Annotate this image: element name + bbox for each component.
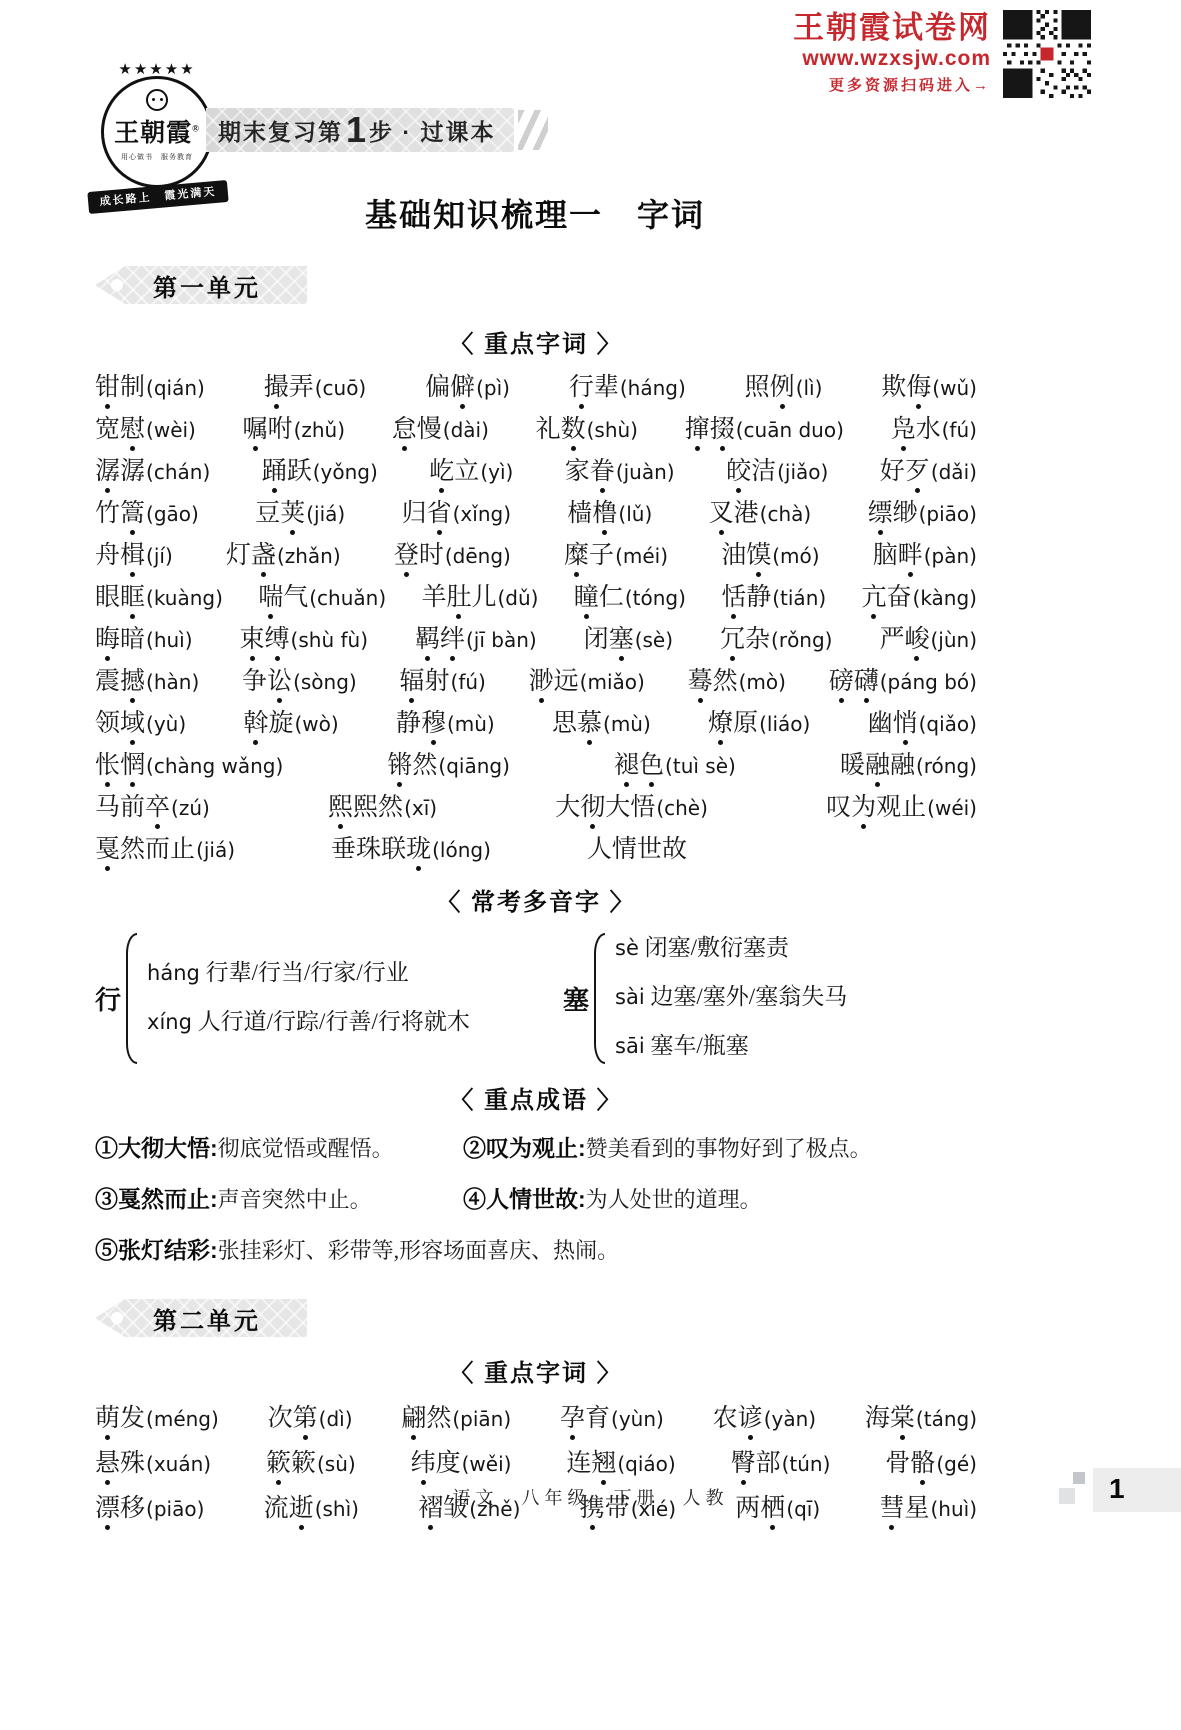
unit-2-tag: 第二单元 — [95, 1299, 307, 1337]
idiom-definition: 声音突然中止。 — [218, 1187, 372, 1212]
keyword-pinyin: (mò) — [739, 670, 786, 694]
keyword-pinyin: (fú) — [942, 418, 977, 442]
polyphonic-char: 塞 — [563, 980, 589, 1017]
reading-pinyin: xíng — [147, 1010, 192, 1034]
keyword-word: 欺侮 — [881, 374, 931, 401]
keyword-term: 喘气(chuǎn) — [258, 583, 386, 612]
keyword-pinyin: (chà) — [760, 502, 812, 526]
keyword-term: 骨骼(gé) — [885, 1449, 977, 1478]
keyword-word: 竹篙 — [95, 500, 145, 527]
keyword-word: 瞳仁 — [574, 584, 624, 611]
keyword-term: 眼眶(kuàng) — [95, 583, 223, 612]
polyphonic-reading: sài 边塞/塞外/塞翁失马 — [615, 982, 847, 1015]
keyword-word: 家眷 — [565, 458, 615, 485]
keyword-pinyin: (dài) — [443, 418, 489, 442]
reading-words: 闭塞/敷衍塞责 — [639, 935, 789, 960]
keyword-word: 登时 — [394, 542, 444, 569]
reading-pinyin: sài — [615, 985, 645, 1009]
keyword-pinyin: (méi) — [615, 544, 668, 568]
keyword-term: 渺远(miǎo) — [529, 667, 645, 696]
keyword-word: 恬静 — [721, 584, 771, 611]
idiom-item: ③戛然而止:声音突然中止。 — [95, 1184, 463, 1218]
keyword-term: 褪色(tuì sè) — [614, 751, 736, 780]
idiom-item: ①大彻大悟:彻底觉悟或醒悟。 — [95, 1133, 463, 1167]
keyword-term: 幽悄(qiǎo) — [868, 709, 977, 738]
keyword-term: 领域(yù) — [95, 709, 186, 738]
keyword-row: 怅惘(chàng wǎng)锵然(qiāng)褪色(tuì sè)暖融融(rón… — [95, 751, 977, 780]
keyword-pinyin: (shù fù) — [291, 628, 368, 652]
keyword-word: 束缚 — [240, 626, 290, 653]
keyword-word: 樯橹 — [567, 500, 617, 527]
keyword-term: 燎原(liáo) — [708, 709, 810, 738]
logo-subtext: 用心做书 服务教育 — [104, 152, 210, 162]
keyword-row: 舟楫(jí)灯盏(zhǎn)登时(dēng)糜子(méi)油馍(mó)脑畔(pà… — [95, 541, 977, 570]
keyword-term: 人情世故 — [587, 835, 687, 864]
keyword-pinyin: (dǔ) — [498, 586, 539, 610]
keyword-term: 暖融融(róng) — [840, 751, 977, 780]
keyword-pinyin: (juàn) — [616, 460, 675, 484]
keyword-pinyin: (lǔ) — [618, 502, 652, 526]
keyword-pinyin: (wǔ) — [932, 376, 977, 400]
keyword-word: 海棠 — [865, 1405, 915, 1432]
keyword-word: 叉港 — [709, 500, 759, 527]
keyword-term: 马前卒(zú) — [95, 793, 210, 822]
keyword-word: 潺潺 — [95, 458, 145, 485]
keyword-term: 怅惘(chàng wǎng) — [95, 751, 283, 780]
keyword-pinyin: (sè) — [635, 628, 673, 652]
keyword-row: 眼眶(kuàng)喘气(chuǎn)羊肚儿(dǔ)瞳仁(tóng)恬静(tián… — [95, 583, 977, 612]
keyword-word: 脑畔 — [873, 542, 923, 569]
keyword-word: 斡旋 — [243, 710, 293, 737]
keyword-term: 晦暗(huì) — [95, 625, 193, 654]
keyword-pinyin: (mó) — [772, 544, 819, 568]
keyword-word: 凫水 — [891, 416, 941, 443]
polyphonic-reading: háng 行辈/行当/行家/行业 — [147, 958, 470, 991]
keyword-term: 斡旋(wò) — [243, 709, 338, 738]
keyword-pinyin: (piāo) — [919, 502, 977, 526]
keyword-word: 簌簌 — [266, 1450, 316, 1477]
keyword-word: 渺远 — [529, 668, 579, 695]
content-column: 第一单元 〈 重点字词 〉 钳制(qián)撮弄(cuō)偏僻(pì)行辈(há… — [95, 258, 977, 1539]
keyword-word: 归省 — [402, 500, 452, 527]
keyword-term: 磅礴(páng bó) — [829, 667, 977, 696]
keyword-word: 萌发 — [95, 1405, 145, 1432]
keywords-heading-2: 〈 重点字词 〉 — [95, 1353, 977, 1388]
keyword-word: 人情世故 — [587, 836, 687, 863]
keyword-pinyin: (xī) — [404, 796, 437, 820]
idioms-list: ①大彻大悟:彻底觉悟或醒悟。②叹为观止:赞美看到的事物好到了极点。③戛然而止:声… — [95, 1133, 977, 1269]
keyword-pinyin: (chè) — [656, 796, 708, 820]
keyword-pinyin: (qián) — [146, 376, 205, 400]
keyword-term: 大彻大悟(chè) — [555, 793, 708, 822]
keyword-pinyin: (qiǎo) — [919, 712, 977, 736]
idiom-item: ④人情世故:为人处世的道理。 — [463, 1184, 977, 1218]
polyphonic-block: 行háng 行辈/行当/行家/行业xíng 人行道/行踪/行善/行将就木塞sè … — [95, 933, 977, 1064]
page-title: 基础知识梳理一 字词 — [95, 190, 975, 236]
keyword-pinyin: (fú) — [451, 670, 486, 694]
keyword-pinyin: (qiáo) — [617, 1452, 675, 1476]
keyword-pinyin: (chàng wǎng) — [146, 754, 283, 778]
keyword-word: 静穆 — [396, 710, 446, 737]
keyword-word: 屹立 — [429, 458, 479, 485]
polyphonic-readings: háng 行辈/行当/行家/行业xíng 人行道/行踪/行善/行将就木 — [147, 958, 470, 1040]
keyword-word: 喘气 — [258, 584, 308, 611]
idiom-item: ⑤张灯结彩:张挂彩灯、彩带等,形容场面喜庆、热闹。 — [95, 1235, 977, 1269]
footer-decor-square — [1059, 1488, 1075, 1504]
idiom-definition: 彻底觉悟或醒悟。 — [218, 1136, 394, 1161]
keyword-pinyin: (jiǎo) — [777, 460, 828, 484]
polyphonic-readings: sè 闭塞/敷衍塞责sài 边塞/塞外/塞翁失马sāi 塞车/瓶塞 — [615, 933, 847, 1064]
keyword-word: 悬殊 — [95, 1450, 145, 1477]
keyword-word: 戛然而止 — [95, 836, 195, 863]
keyword-pinyin: (tún) — [782, 1452, 831, 1476]
keyword-term: 照例(lì) — [745, 373, 823, 402]
keyword-term: 戛然而止(jiá) — [95, 835, 235, 864]
reading-words: 边塞/塞外/塞翁失马 — [645, 984, 848, 1009]
keyword-term: 行辈(háng) — [569, 373, 686, 402]
keyword-pinyin: (sù) — [317, 1452, 356, 1476]
keyword-term: 农谚(yàn) — [713, 1404, 816, 1433]
keyword-term: 冗杂(rǒng) — [720, 625, 832, 654]
keyword-term: 钳制(qián) — [95, 373, 205, 402]
keyword-pinyin: (yì) — [480, 460, 513, 484]
keyword-word: 幽悄 — [868, 710, 918, 737]
keyword-pinyin: (zhǎn) — [277, 544, 341, 568]
reading-words: 行辈/行当/行家/行业 — [200, 960, 409, 985]
keyword-term: 纬度(wěi) — [411, 1449, 512, 1478]
keyword-term: 蓦然(mò) — [688, 667, 786, 696]
keyword-word: 次第 — [268, 1405, 318, 1432]
keyword-term: 辐射(fú) — [399, 667, 485, 696]
keyword-word: 嘱咐 — [243, 416, 293, 443]
keyword-row: 领域(yù)斡旋(wò)静穆(mù)思慕(mù)燎原(liáo)幽悄(qiǎo) — [95, 709, 977, 738]
keyword-pinyin: (liáo) — [759, 712, 810, 736]
keyword-pinyin: (tián) — [772, 586, 826, 610]
keyword-row: 宽慰(wèi)嘱咐(zhǔ)怠慢(dài)礼数(shù)撺掇(cuān duo)… — [95, 415, 977, 444]
idiom-name: ②叹为观止: — [463, 1135, 586, 1161]
keyword-term: 羊肚儿(dǔ) — [421, 583, 538, 612]
keyword-word: 羊肚儿 — [421, 584, 496, 611]
polyphonic-reading: xíng 人行道/行踪/行善/行将就木 — [147, 1007, 470, 1040]
keyword-term: 豆荚(jiá) — [255, 499, 345, 528]
polyphonic-reading: sāi 塞车/瓶塞 — [615, 1031, 847, 1064]
keyword-row: 竹篙(gāo)豆荚(jiá)归省(xǐng)樯橹(lǔ)叉港(chà)缥缈(pi… — [95, 499, 977, 528]
keyword-term: 油馍(mó) — [721, 541, 819, 570]
keyword-term: 糜子(méi) — [564, 541, 668, 570]
keyword-pinyin: (páng bó) — [880, 670, 977, 694]
qr-code-icon — [1003, 10, 1091, 98]
keyword-pinyin: (hàn) — [146, 670, 199, 694]
keyword-term: 踊跃(yǒng) — [262, 457, 378, 486]
idiom-name: ④人情世故: — [463, 1186, 586, 1212]
keyword-row: 马前卒(zú)熙熙然(xī)大彻大悟(chè)叹为观止(wéi) — [95, 793, 977, 822]
keyword-term: 叉港(chà) — [709, 499, 812, 528]
keyword-word: 闭塞 — [584, 626, 634, 653]
keyword-term: 亢奋(kàng) — [861, 583, 977, 612]
polyphonic-char: 行 — [95, 980, 121, 1017]
reading-words: 人行道/行踪/行善/行将就木 — [192, 1009, 470, 1034]
keyword-word: 怅惘 — [95, 752, 145, 779]
keyword-term: 孕育(yùn) — [560, 1404, 664, 1433]
polyphonic-heading: 〈 常考多音字 〉 — [95, 882, 977, 917]
idiom-name: ①大彻大悟: — [95, 1135, 218, 1161]
keyword-word: 臀部 — [731, 1450, 781, 1477]
keyword-term: 争讼(sòng) — [242, 667, 357, 696]
banner-suffix: 步 · 过课本 — [369, 114, 495, 147]
logo-name: 王朝霞® — [104, 113, 210, 149]
brace-icon — [126, 933, 137, 1064]
keyword-row: 戛然而止(jiá)垂珠联珑(lóng)人情世故 — [95, 835, 977, 864]
keyword-pinyin: (zú) — [171, 796, 210, 820]
keyword-pinyin: (yù) — [146, 712, 186, 736]
footer-decor-square — [1073, 1472, 1085, 1484]
keyword-word: 磅礴 — [829, 668, 879, 695]
keyword-word: 农谚 — [713, 1405, 763, 1432]
keyword-word: 晦暗 — [95, 626, 145, 653]
keyword-word: 油馍 — [721, 542, 771, 569]
keyword-term: 锵然(qiāng) — [387, 751, 510, 780]
footer-book-info: 语文 八年级 下册 人教 — [0, 1484, 1181, 1510]
keyword-term: 皎洁(jiǎo) — [726, 457, 828, 486]
keyword-word: 垂珠联珑 — [331, 836, 431, 863]
keyword-row: 晦暗(huì)束缚(shù fù)羁绊(jī bàn)闭塞(sè)冗杂(rǒng… — [95, 625, 977, 654]
keyword-pinyin: (méng) — [146, 1407, 219, 1431]
keyword-pinyin: (cuō) — [315, 376, 367, 400]
keyword-pinyin: (wěi) — [462, 1452, 512, 1476]
keyword-pinyin: (rǒng) — [771, 628, 832, 652]
keyword-row: 潺潺(chán)踊跃(yǒng)屹立(yì)家眷(juàn)皎洁(jiǎo)好歹… — [95, 457, 977, 486]
keyword-word: 严峻 — [879, 626, 929, 653]
keyword-pinyin: (dǎi) — [931, 460, 977, 484]
keyword-pinyin: (sòng) — [293, 670, 357, 694]
brand-site-name: 王朝霞试卷网 — [793, 12, 991, 45]
keyword-row: 钳制(qián)撮弄(cuō)偏僻(pì)行辈(háng)照例(lì)欺侮(wǔ… — [95, 373, 977, 402]
keyword-word: 怠慢 — [392, 416, 442, 443]
keyword-pinyin: (jiá) — [306, 502, 345, 526]
keyword-pinyin: (pàn) — [924, 544, 977, 568]
polyphonic-reading: sè 闭塞/敷衍塞责 — [615, 933, 847, 966]
keyword-pinyin: (qiāng) — [438, 754, 509, 778]
keyword-word: 骨骼 — [885, 1450, 935, 1477]
keyword-term: 静穆(mù) — [396, 709, 495, 738]
keyword-word: 争讼 — [242, 668, 292, 695]
keyword-word: 撺掇 — [685, 416, 735, 443]
keyword-term: 竹篙(gāo) — [95, 499, 199, 528]
keyword-pinyin: (shù) — [587, 418, 638, 442]
keyword-pinyin: (dì) — [319, 1407, 353, 1431]
keyword-word: 纬度 — [411, 1450, 461, 1477]
keyword-pinyin: (táng) — [916, 1407, 977, 1431]
brand-logo: ★★★★★ 王朝霞® 用心做书 服务教育 成长路上 霞光满天 — [92, 62, 222, 200]
keyword-word: 锵然 — [387, 752, 437, 779]
keyword-word: 羁绊 — [415, 626, 465, 653]
keyword-word: 眼眶 — [95, 584, 145, 611]
keyword-pinyin: (piān) — [452, 1407, 511, 1431]
idiom-definition: 为人处世的道理。 — [586, 1187, 762, 1212]
keyword-pinyin: (jùn) — [930, 628, 977, 652]
keyword-word: 偏僻 — [425, 374, 475, 401]
keyword-word: 宽慰 — [95, 416, 145, 443]
registered-mark: ® — [192, 124, 200, 134]
keyword-term: 簌簌(sù) — [266, 1449, 356, 1478]
keyword-pinyin: (tóng) — [625, 586, 686, 610]
idiom-definition: 张挂彩灯、彩带等,形容场面喜庆、热闹。 — [218, 1238, 620, 1263]
keyword-term: 偏僻(pì) — [425, 373, 510, 402]
keyword-grid-1: 钳制(qián)撮弄(cuō)偏僻(pì)行辈(háng)照例(lì)欺侮(wǔ… — [95, 373, 977, 864]
keyword-term: 震撼(hàn) — [95, 667, 199, 696]
keyword-pinyin: (jiá) — [196, 838, 235, 862]
logo-circle: 王朝霞® 用心做书 服务教育 — [101, 76, 213, 188]
keyword-term: 好歹(dǎi) — [880, 457, 977, 486]
keyword-row: 悬殊(xuán)簌簌(sù)纬度(wěi)连翘(qiáo)臀部(tún)骨骼(g… — [95, 1449, 977, 1478]
keyword-word: 蓦然 — [688, 668, 738, 695]
keyword-pinyin: (pì) — [476, 376, 510, 400]
brand-url: www.wzxsjw.com — [793, 47, 991, 71]
keyword-term: 叹为观止(wéi) — [826, 793, 977, 822]
keyword-pinyin: (miǎo) — [580, 670, 645, 694]
keyword-word: 连翘 — [566, 1450, 616, 1477]
polyphonic-group: 行háng 行辈/行当/行家/行业xíng 人行道/行踪/行善/行将就木 — [95, 933, 563, 1064]
keyword-term: 连翘(qiáo) — [566, 1449, 675, 1478]
keyword-word: 亢奋 — [861, 584, 911, 611]
keyword-word: 叹为观止 — [826, 794, 926, 821]
keyword-pinyin: (yùn) — [611, 1407, 664, 1431]
keyword-pinyin: (cuān duo) — [736, 418, 844, 442]
keyword-term: 熙熙然(xī) — [328, 793, 437, 822]
keyword-term: 垂珠联珑(lóng) — [331, 835, 491, 864]
keyword-word: 马前卒 — [95, 794, 170, 821]
keyword-term: 缥缈(piāo) — [868, 499, 977, 528]
keyword-term: 闭塞(sè) — [584, 625, 673, 654]
keyword-word: 冗杂 — [720, 626, 770, 653]
keyword-word: 糜子 — [564, 542, 614, 569]
keyword-pinyin: (jī bàn) — [466, 628, 537, 652]
unit-1-tag: 第一单元 — [95, 266, 307, 304]
keyword-pinyin: (lóng) — [432, 838, 491, 862]
keyword-pinyin: (gāo) — [146, 502, 199, 526]
keyword-pinyin: (wèi) — [146, 418, 196, 442]
face-icon — [146, 89, 168, 111]
keyword-term: 次第(dì) — [268, 1404, 353, 1433]
keyword-term: 归省(xǐng) — [402, 499, 511, 528]
keyword-pinyin: (háng) — [620, 376, 686, 400]
keyword-pinyin: (dēng) — [445, 544, 511, 568]
keyword-term: 舟楫(jí) — [95, 541, 173, 570]
keyword-word: 思慕 — [552, 710, 602, 737]
keyword-pinyin: (wò) — [294, 712, 338, 736]
keyword-row: 萌发(méng)次第(dì)翩然(piān)孕育(yùn)农谚(yàn)海棠(t… — [95, 1404, 977, 1433]
keyword-word: 照例 — [745, 374, 795, 401]
brace-icon — [594, 933, 605, 1064]
keyword-term: 束缚(shù fù) — [240, 625, 368, 654]
keyword-term: 凫水(fú) — [891, 415, 977, 444]
idiom-name: ⑤张灯结彩: — [95, 1237, 218, 1263]
keyword-term: 家眷(juàn) — [565, 457, 675, 486]
keyword-word: 行辈 — [569, 374, 619, 401]
keyword-pinyin: (mù) — [447, 712, 495, 736]
keyword-term: 撮弄(cuō) — [264, 373, 367, 402]
reading-pinyin: sāi — [615, 1034, 645, 1058]
keyword-pinyin: (chuǎn) — [309, 586, 386, 610]
keyword-pinyin: (kàng) — [913, 586, 977, 610]
idiom-item: ②叹为观止:赞美看到的事物好到了极点。 — [463, 1133, 977, 1167]
keyword-term: 怠慢(dài) — [392, 415, 489, 444]
keyword-pinyin: (huì) — [146, 628, 193, 652]
keyword-term: 臀部(tún) — [731, 1449, 831, 1478]
reading-pinyin: háng — [147, 961, 200, 985]
keyword-word: 翩然 — [401, 1405, 451, 1432]
keyword-word: 褪色 — [614, 752, 664, 779]
brand-tagline: 更多资源扫码进入→ — [793, 74, 991, 95]
keyword-word: 熙熙然 — [328, 794, 403, 821]
keyword-row: 震撼(hàn)争讼(sòng)辐射(fú)渺远(miǎo)蓦然(mò)磅礴(pá… — [95, 667, 977, 696]
keyword-word: 好歹 — [880, 458, 930, 485]
keyword-word: 皎洁 — [726, 458, 776, 485]
keyword-term: 登时(dēng) — [394, 541, 511, 570]
keywords-heading-1: 〈 重点字词 〉 — [95, 324, 977, 359]
keyword-word: 孕育 — [560, 1405, 610, 1432]
unit-1-section: 第一单元 〈 重点字词 〉 钳制(qián)撮弄(cuō)偏僻(pì)行辈(há… — [95, 266, 977, 1269]
keyword-term: 海棠(táng) — [865, 1404, 977, 1433]
keyword-pinyin: (zhǔ) — [294, 418, 345, 442]
keyword-word: 撮弄 — [264, 374, 314, 401]
keyword-term: 思慕(mù) — [552, 709, 651, 738]
keyword-word: 灯盏 — [226, 542, 276, 569]
keyword-word: 大彻大悟 — [555, 794, 655, 821]
keyword-term: 礼数(shù) — [536, 415, 638, 444]
brand-block: 王朝霞试卷网 www.wzxsjw.com 更多资源扫码进入→ — [793, 10, 1091, 98]
banner-prefix: 期末复习第 — [218, 114, 343, 147]
keyword-term: 屹立(yì) — [429, 457, 513, 486]
keyword-term: 撺掇(cuān duo) — [685, 415, 844, 444]
keyword-word: 辐射 — [399, 668, 449, 695]
keyword-word: 钳制 — [95, 374, 145, 401]
page-number-block: 1 — [1093, 1468, 1181, 1512]
keyword-term: 灯盏(zhǎn) — [226, 541, 341, 570]
keyword-term: 樯橹(lǔ) — [567, 499, 652, 528]
keyword-pinyin: (lì) — [796, 376, 823, 400]
keyword-term: 欺侮(wǔ) — [881, 373, 977, 402]
keyword-pinyin: (tuì sè) — [665, 754, 736, 778]
keyword-pinyin: (chán) — [146, 460, 210, 484]
keyword-word: 领域 — [95, 710, 145, 737]
keyword-pinyin: (gé) — [936, 1452, 977, 1476]
keyword-word: 缥缈 — [868, 500, 918, 527]
keyword-word: 燎原 — [708, 710, 758, 737]
reading-words: 塞车/瓶塞 — [645, 1033, 749, 1058]
keyword-term: 脑畔(pàn) — [873, 541, 977, 570]
brand-text: 王朝霞试卷网 www.wzxsjw.com 更多资源扫码进入→ — [793, 10, 991, 95]
keyword-word: 舟楫 — [95, 542, 145, 569]
keyword-term: 悬殊(xuán) — [95, 1449, 211, 1478]
keyword-pinyin: (róng) — [916, 754, 977, 778]
keyword-term: 羁绊(jī bàn) — [415, 625, 537, 654]
keyword-term: 瞳仁(tóng) — [574, 583, 686, 612]
keyword-pinyin: (xǐng) — [453, 502, 511, 526]
keyword-word: 暖融融 — [840, 752, 915, 779]
keyword-term: 萌发(méng) — [95, 1404, 219, 1433]
keyword-pinyin: (kuàng) — [146, 586, 223, 610]
keyword-word: 豆荚 — [255, 500, 305, 527]
keyword-term: 宽慰(wèi) — [95, 415, 196, 444]
idioms-heading: 〈 重点成语 〉 — [95, 1080, 977, 1115]
keyword-term: 严峻(jùn) — [879, 625, 977, 654]
keyword-word: 震撼 — [95, 668, 145, 695]
keyword-pinyin: (jí) — [146, 544, 173, 568]
keyword-pinyin: (xuán) — [146, 1452, 211, 1476]
keyword-term: 恬静(tián) — [721, 583, 826, 612]
keyword-pinyin: (yǒng) — [313, 460, 378, 484]
